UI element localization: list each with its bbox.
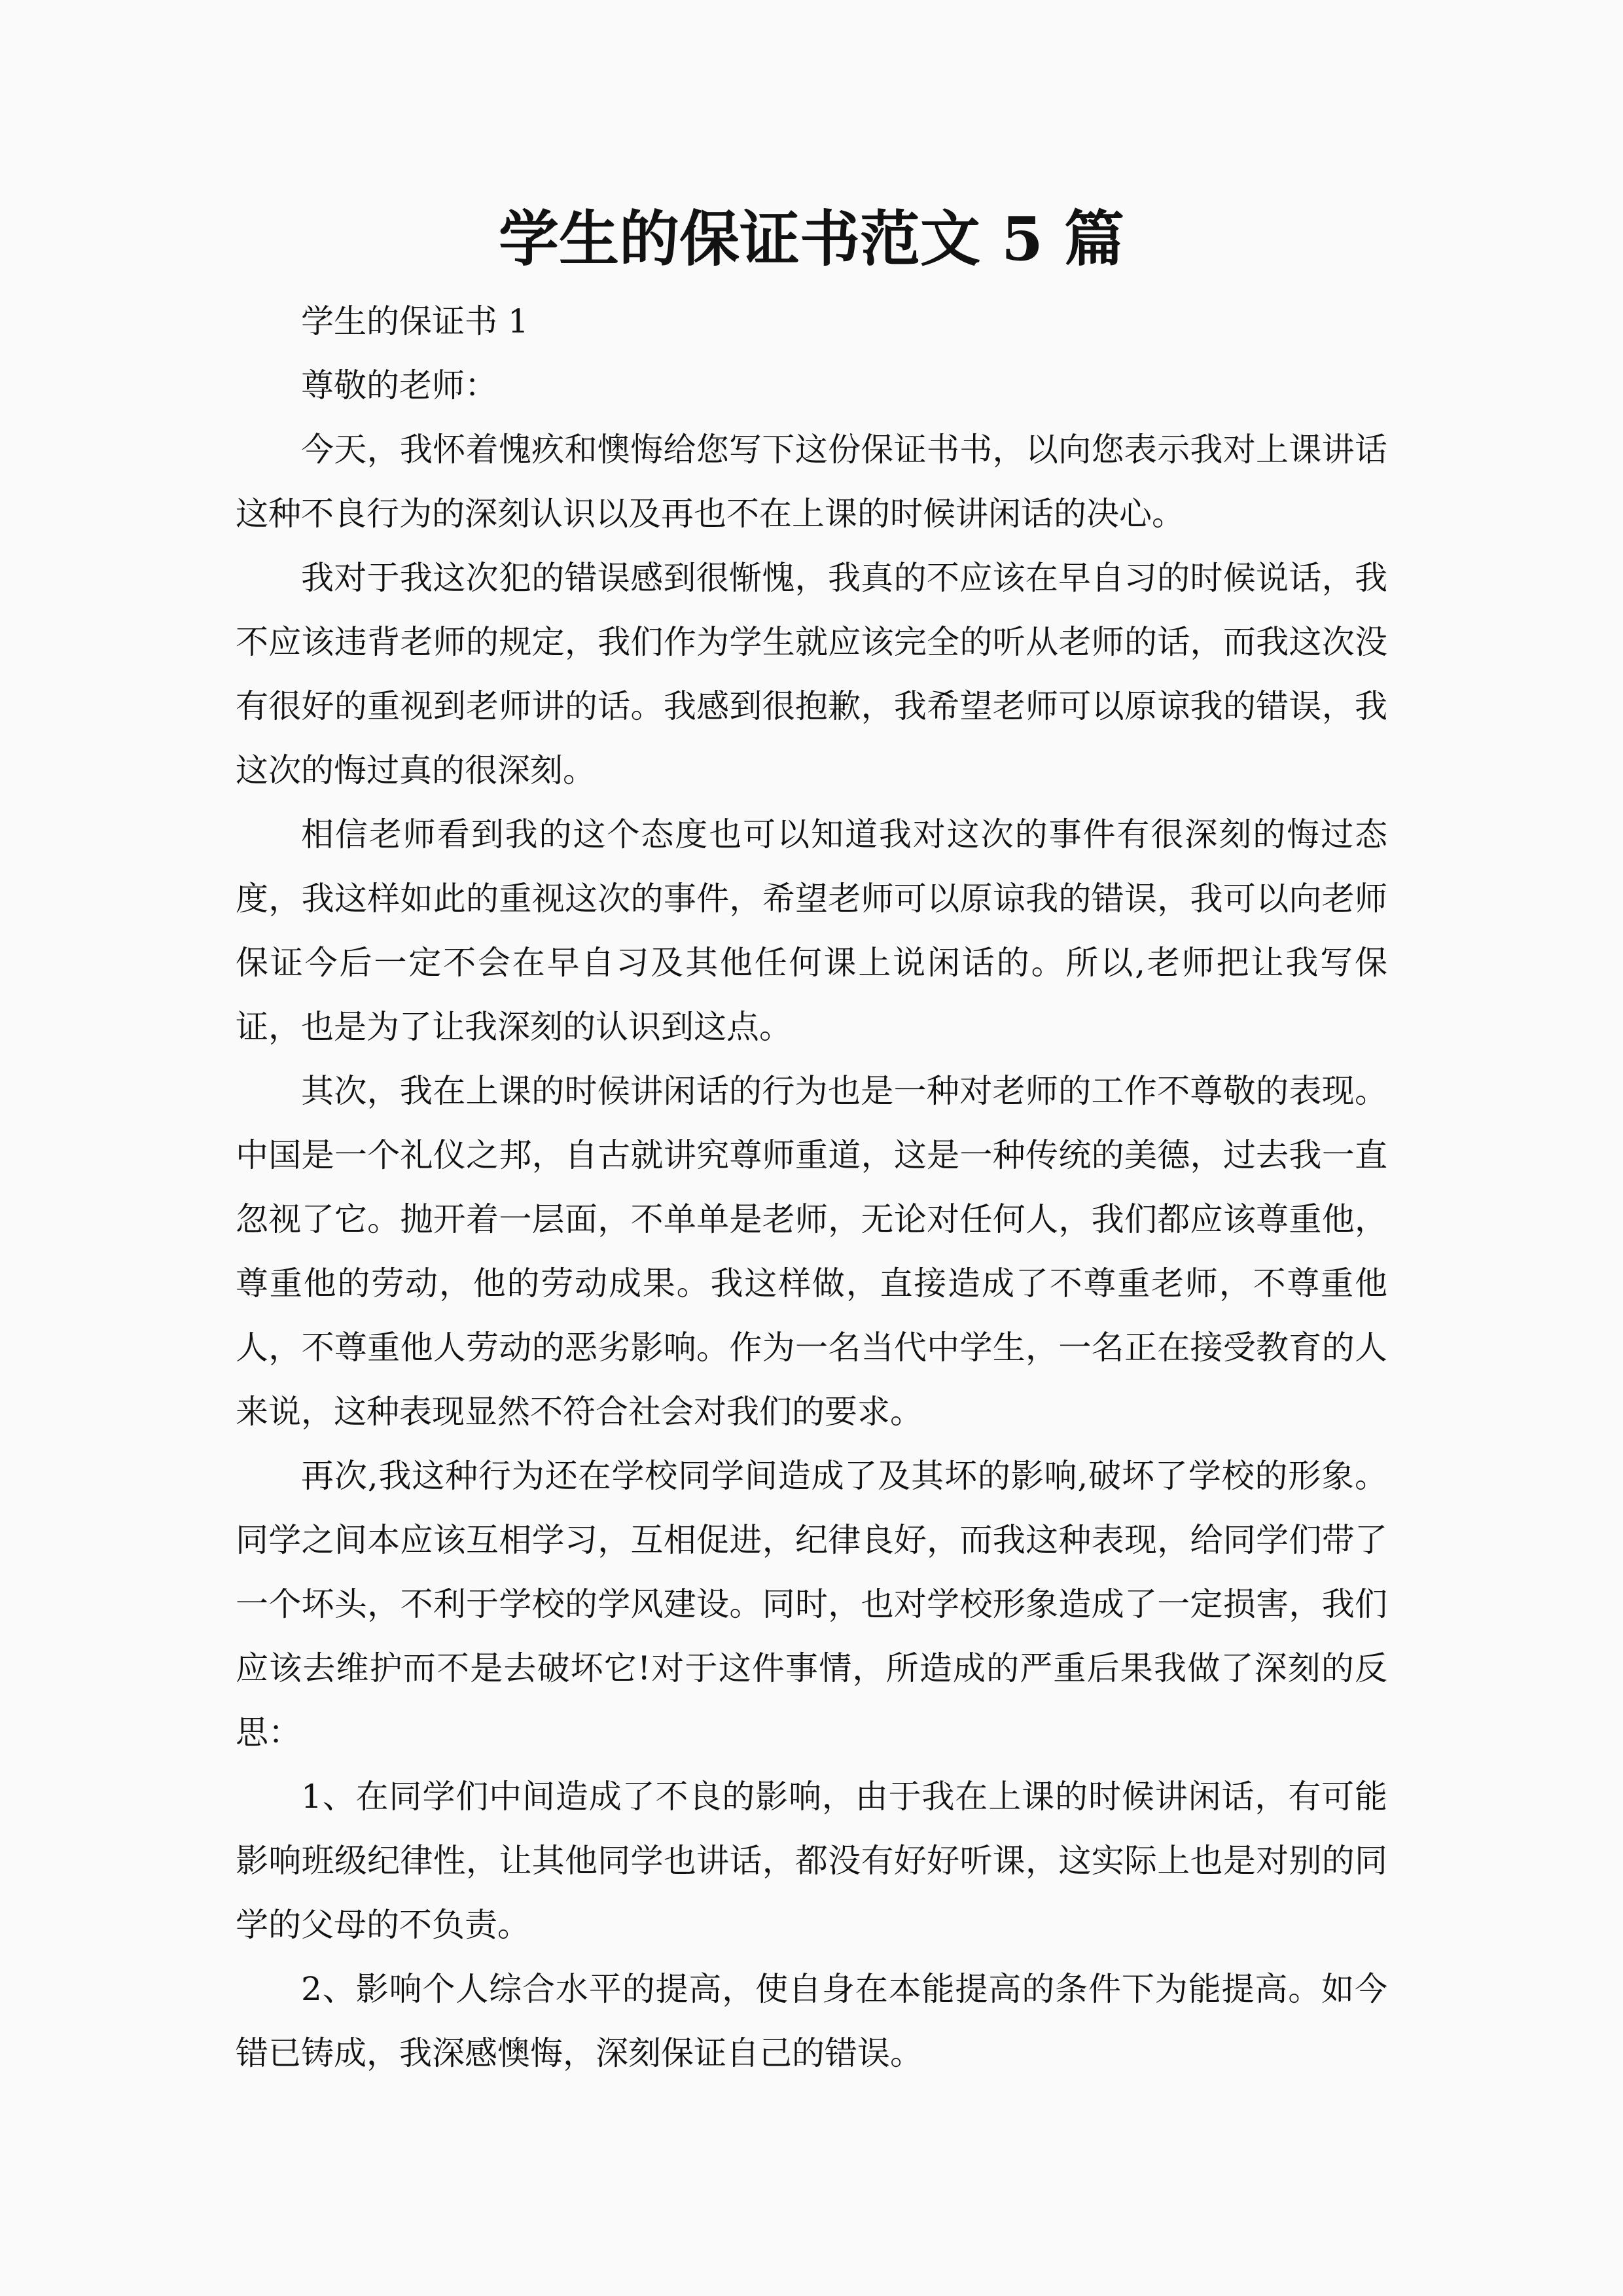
paragraph: 1、在同学们中间造成了不良的影响，由于我在上课的时候讲闲话，有可能影响班级纪律性… xyxy=(236,1765,1387,1957)
paragraph: 2、影响个人综合水平的提高，使自身在本能提高的条件下为能提高。如今错已铸成，我深… xyxy=(236,1957,1387,2085)
paragraph: 我对于我这次犯的错误感到很惭愧，我真的不应该在早自习的时候说话，我不应该违背老师… xyxy=(236,546,1387,802)
document-body: 学生的保证书 1尊敬的老师：今天，我怀着愧疚和懊悔给您写下这份保证书书，以向您表… xyxy=(236,289,1387,2085)
paragraph: 再次,我这种行为还在学校同学间造成了及其坏的影响,破坏了学校的形象。同学之间本应… xyxy=(236,1444,1387,1765)
paragraph: 尊敬的老师： xyxy=(236,353,1387,418)
paragraph: 其次，我在上课的时候讲闲话的行为也是一种对老师的工作不尊敬的表现。中国是一个礼仪… xyxy=(236,1059,1387,1444)
document-page: 学生的保证书范文 5 篇 学生的保证书 1尊敬的老师：今天，我怀着愧疚和懊悔给您… xyxy=(0,0,1623,2296)
paragraph: 相信老师看到我的这个态度也可以知道我对这次的事件有很深刻的悔过态度，我这样如此的… xyxy=(236,802,1387,1059)
paragraph: 今天，我怀着愧疚和懊悔给您写下这份保证书书，以向您表示我对上课讲话这种不良行为的… xyxy=(236,418,1387,546)
document-title: 学生的保证书范文 5 篇 xyxy=(236,196,1387,281)
paragraph: 学生的保证书 1 xyxy=(236,289,1387,353)
